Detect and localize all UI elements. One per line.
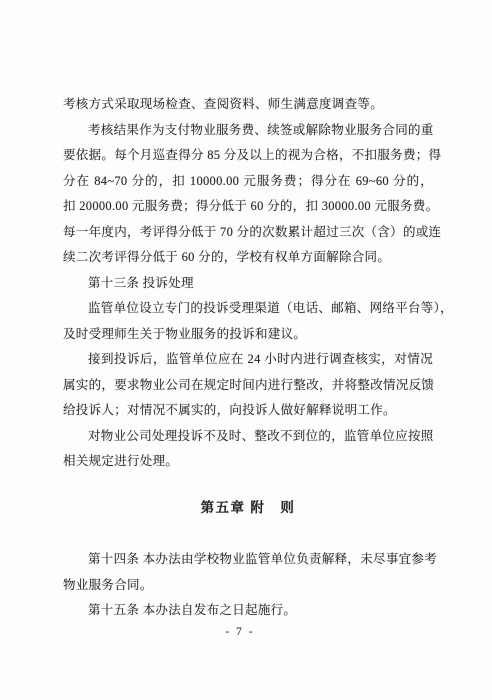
text-line: 监管单位设立专门的投诉受理渠道（电话、邮箱、网络平台等），: [63, 296, 433, 322]
text-line: 给投诉人；对情况不属实的，向投诉人做好解释说明工作。: [63, 398, 433, 424]
text-line: 对物业公司处理投诉不及时、整改不到位的，监管单位应按照: [63, 424, 433, 450]
scanned-text-layer: 考核方式采取现场检查、查阅资料、师生满意度调查等。考核结果作为支付物业服务费、续…: [0, 0, 492, 700]
chapter-heading: 第五章 附 则: [63, 495, 433, 521]
body-paragraphs: 考核方式采取现场检查、查阅资料、师生满意度调查等。考核结果作为支付物业服务费、续…: [63, 92, 433, 475]
closing-paragraphs: 第十四条 本办法由学校物业监管单位负责解释，未尽事宜参考物业服务合同。第十五条 …: [63, 547, 433, 624]
text-line: 第十五条 本办法自发布之日起施行。: [63, 598, 433, 624]
page-number: - 7 -: [55, 623, 425, 641]
text-line: 接到投诉后，监管单位应在 24 小时内进行调查核实，对情况: [63, 347, 433, 373]
text-line: 续二次考评得分低于 60 分的，学校有权单方面解除合同。: [63, 245, 433, 271]
text-line: 第十三条 投诉处理: [63, 271, 433, 297]
text-line: 及时受理师生关于物业服务的投诉和建议。: [63, 322, 433, 348]
document-page: 考核方式采取现场检查、查阅资料、师生满意度调查等。考核结果作为支付物业服务费、续…: [0, 0, 492, 700]
text-line: 每一年度内，考评得分低于 70 分的次数累计超过三次（含）的或连: [63, 220, 433, 246]
text-line: 考核结果作为支付物业服务费、续签或解除物业服务合同的重: [63, 118, 433, 144]
text-line: 分在 84~70 分的，扣 10000.00 元服务费；得分在 69~60 分的…: [63, 169, 433, 195]
text-line: 物业服务合同。: [63, 573, 433, 599]
text-line: 相关规定进行处理。: [63, 449, 433, 475]
text-line: 第十四条 本办法由学校物业监管单位负责解释，未尽事宜参考: [63, 547, 433, 573]
text-line: 扣 20000.00 元服务费；得分低于 60 分的，扣 30000.00 元服…: [63, 194, 433, 220]
text-line: 考核方式采取现场检查、查阅资料、师生满意度调查等。: [63, 92, 433, 118]
text-line: 要依据。每个月巡查得分 85 分及以上的视为合格，不扣服务费；得: [63, 143, 433, 169]
text-line: 属实的，要求物业公司在规定时间内进行整改，并将整改情况反馈: [63, 373, 433, 399]
